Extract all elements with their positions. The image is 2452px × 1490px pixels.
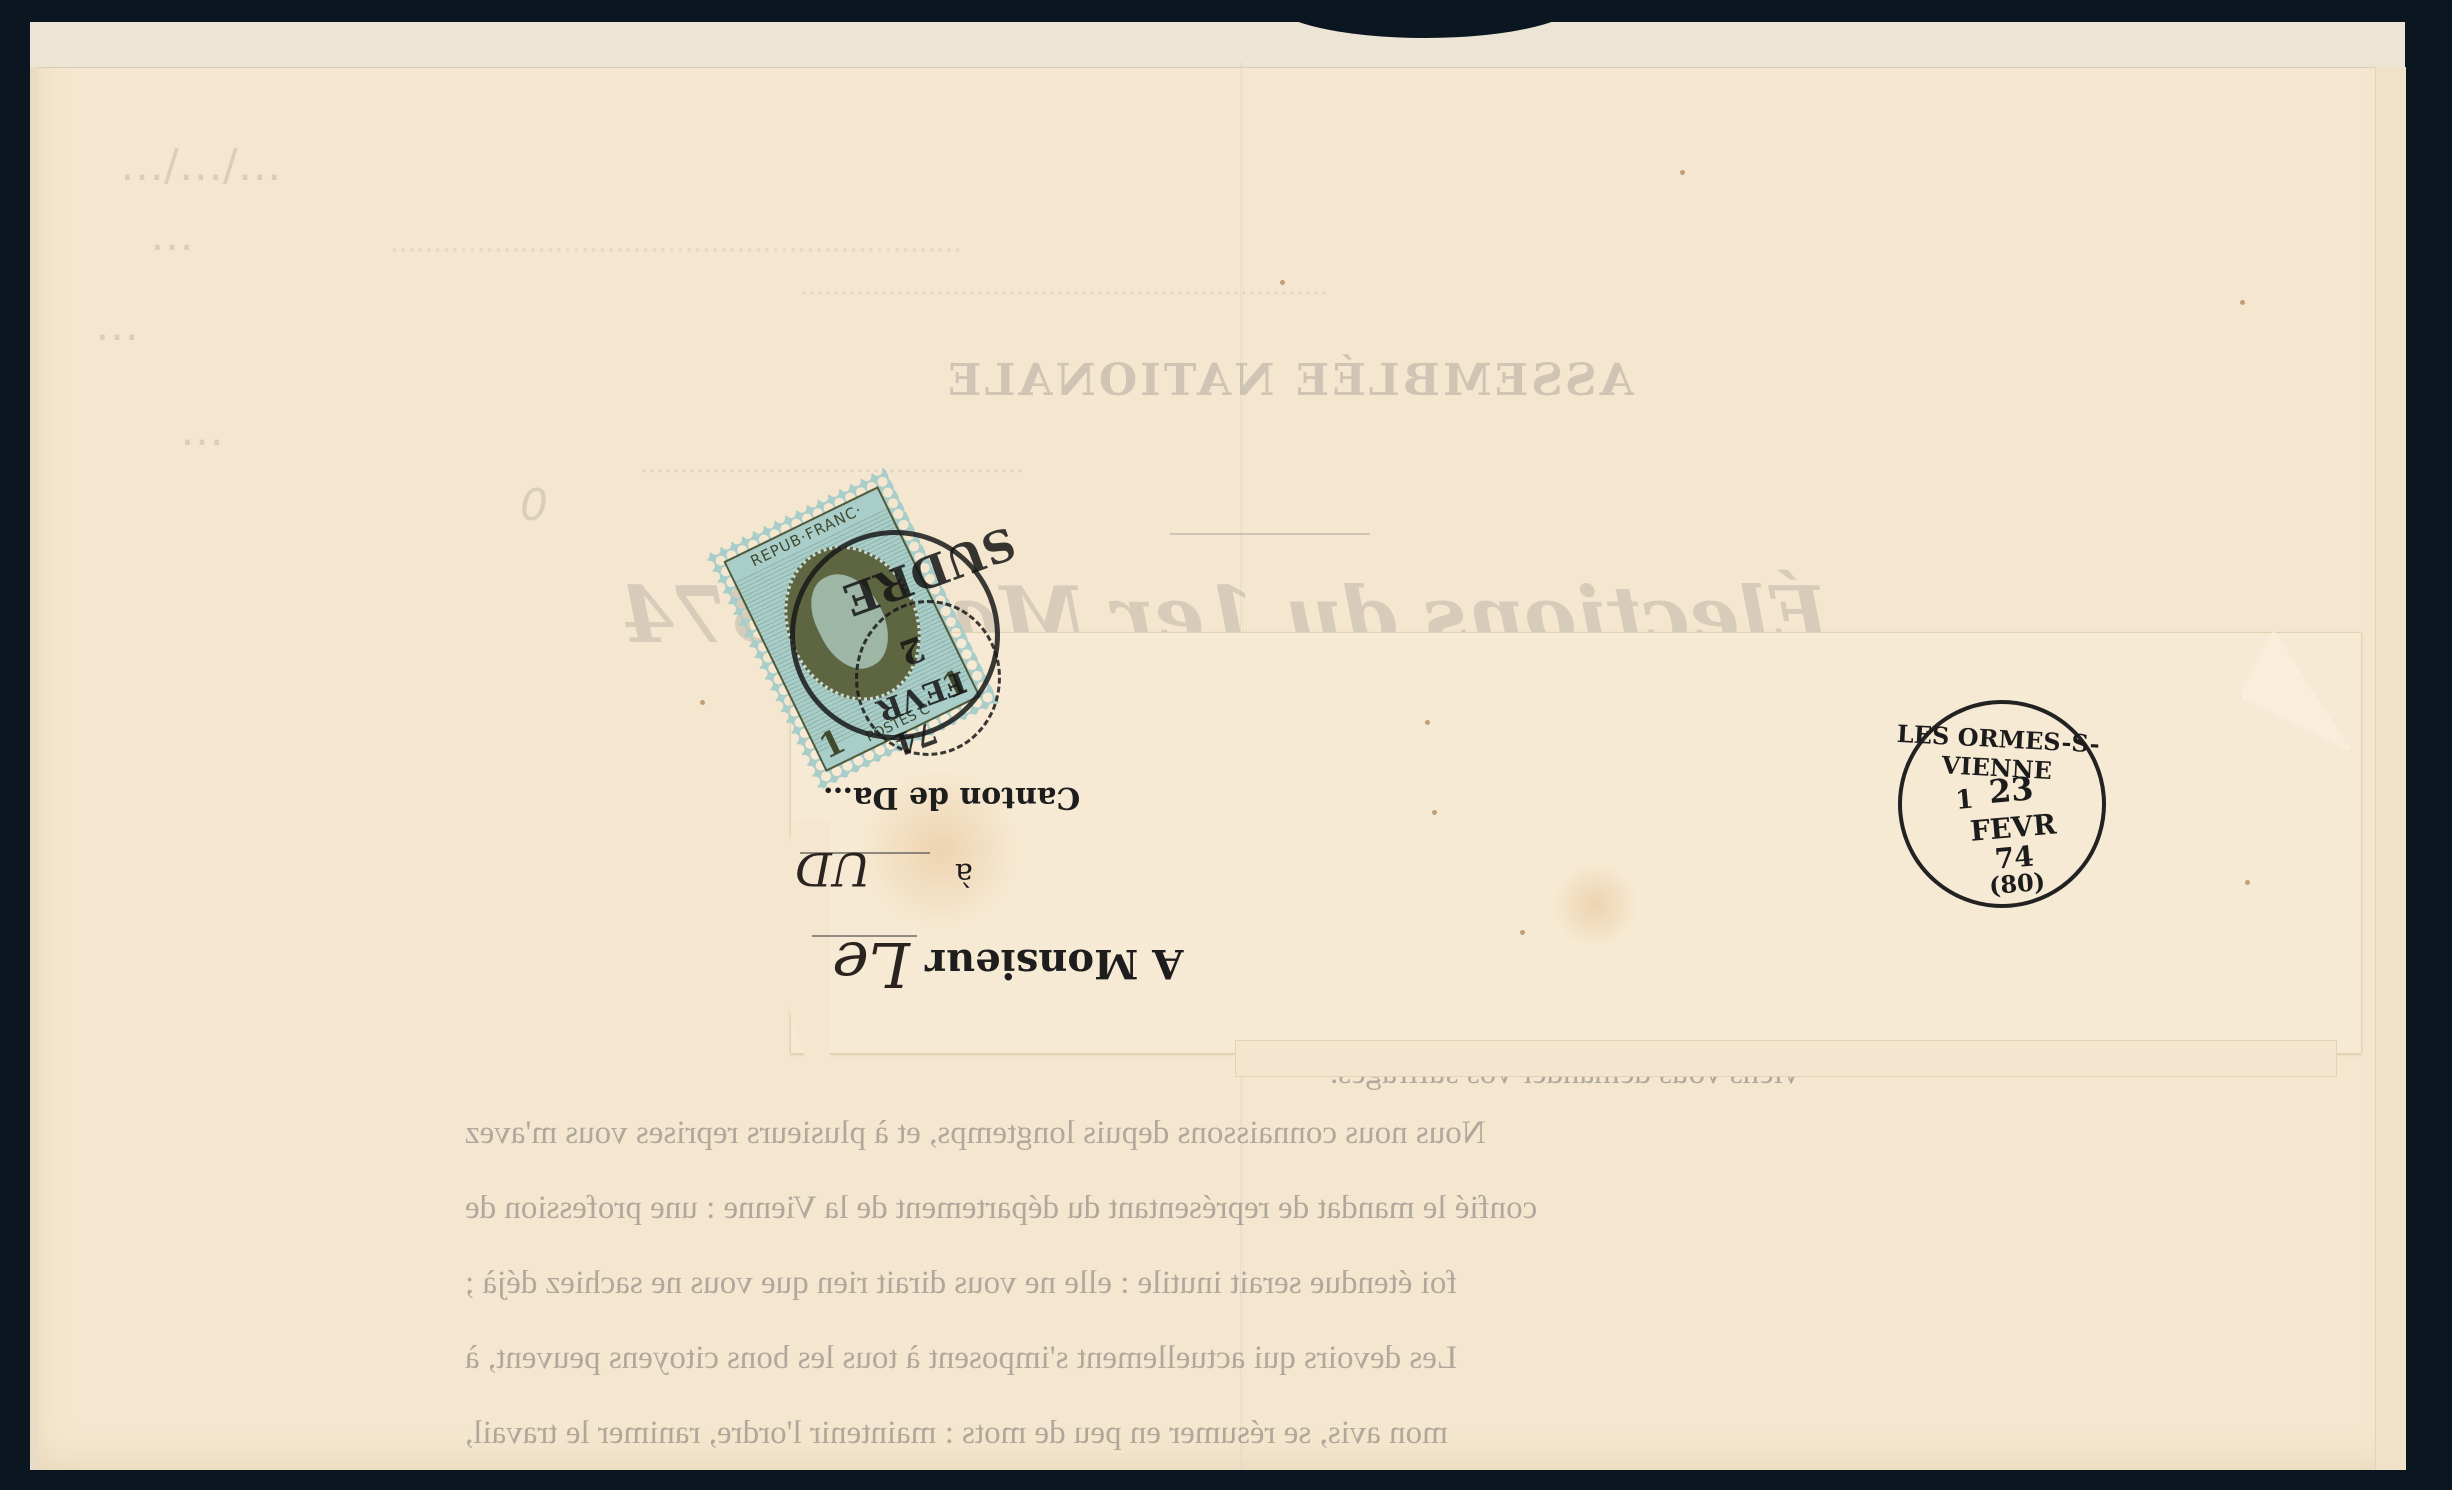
- foxing-dot: [1425, 720, 1430, 725]
- reversed-title: ASSEMBLÉE NATIONALE: [945, 355, 1634, 406]
- wrapper-lower-edge: [1235, 1040, 2337, 1077]
- foxing-dot: [1432, 810, 1437, 815]
- canton-label: Canton de Da…: [823, 780, 1080, 815]
- right-edge: [2375, 67, 2406, 1470]
- foxing-dot: [1520, 930, 1525, 935]
- body-line: Les devoirs qui actuellement s'imposent …: [465, 1340, 1457, 1377]
- body-line: Nous nous connaissons depuis longtemps, …: [465, 1115, 1486, 1152]
- body-line: mon avis, se résumer en peu de mots : ma…: [465, 1415, 1448, 1452]
- postmark-hour: 1: [1954, 785, 1975, 816]
- body-line: foi étendue serait inutile : elle ne vou…: [465, 1265, 1457, 1302]
- pencil-note: …: [95, 300, 139, 351]
- pencil-margin-mark: 0: [520, 480, 548, 531]
- header-line: …………………………………………………………: [390, 228, 962, 258]
- handwritten-name: Le: [832, 928, 910, 1001]
- pencil-note: …/…/…: [120, 140, 282, 191]
- postmark-day: 23: [1987, 769, 2035, 811]
- monsieur-label: A Monsieur: [925, 940, 1183, 987]
- foxing-dot: [2245, 880, 2250, 885]
- foxing-dot: [1280, 280, 1285, 285]
- foxing-dot: [2240, 300, 2245, 305]
- foxing-stain: [1550, 860, 1640, 950]
- foxing-dot: [700, 700, 705, 705]
- postmark-dept-code: (80): [1988, 867, 2046, 901]
- handwritten-destination: UD: [795, 842, 871, 896]
- foxing-dot: [1680, 170, 1685, 175]
- a-label: à: [955, 856, 973, 891]
- pencil-note: …: [180, 405, 224, 456]
- back-sheet-edge: [30, 22, 2405, 68]
- pencil-note: …: [150, 210, 194, 261]
- reversed-subtitle: …………………………………………: [640, 450, 1024, 478]
- left-edge: [30, 67, 38, 1470]
- body-line: confié le mandat de représentant du dépa…: [465, 1190, 1537, 1227]
- header-line: …………………………………………………………: [800, 272, 1328, 300]
- rule: [1170, 533, 1370, 535]
